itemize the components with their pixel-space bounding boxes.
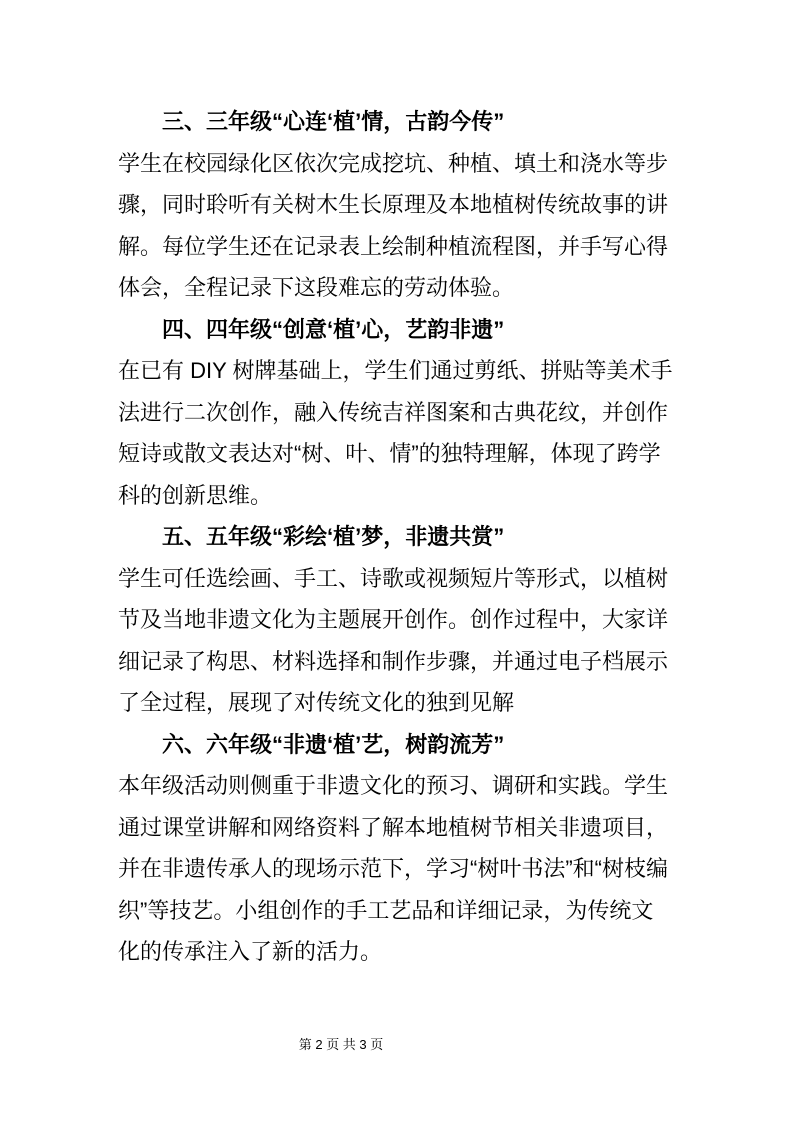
section-heading-grade4: 四、四年级“创意‘植’心，艺韵非遗”	[118, 309, 675, 351]
section-heading-grade6: 六、六年级“非遗‘植’艺，树韵流芳”	[118, 724, 675, 766]
page-number-indicator: 第 2 页 共 3 页	[299, 1037, 384, 1052]
document-content: 三、三年级“心连‘植’情，古韵今传” 学生在校园绿化区依次完成挖坑、种植、填土和…	[118, 101, 675, 973]
section-grade5: 五、五年级“彩绘‘植’梦，非遗共赏” 学生可任选绘画、手工、诗歌或视频短片等形式…	[118, 516, 675, 724]
section-paragraph-grade6: 本年级活动则侧重于非遗文化的预习、调研和实践。学生通过课堂讲解和网络资料了解本地…	[118, 765, 675, 973]
document-page: 三、三年级“心连‘植’情，古韵今传” 学生在校园绿化区依次完成挖坑、种植、填土和…	[0, 0, 793, 1122]
section-paragraph-grade5: 学生可任选绘画、手工、诗歌或视频短片等形式，以植树节及当地非遗文化为主题展开创作…	[118, 558, 675, 724]
section-heading-grade5: 五、五年级“彩绘‘植’梦，非遗共赏”	[118, 516, 675, 558]
section-grade3: 三、三年级“心连‘植’情，古韵今传” 学生在校园绿化区依次完成挖坑、种植、填土和…	[118, 101, 675, 309]
section-grade4: 四、四年级“创意‘植’心，艺韵非遗” 在已有 DIY 树牌基础上，学生们通过剪纸…	[118, 309, 675, 517]
section-paragraph-grade3: 学生在校园绿化区依次完成挖坑、种植、填土和浇水等步骤，同时聆听有关树木生长原理及…	[118, 143, 675, 309]
page-footer: 第 2 页 共 3 页	[0, 1036, 682, 1054]
section-grade6: 六、六年级“非遗‘植’艺，树韵流芳” 本年级活动则侧重于非遗文化的预习、调研和实…	[118, 724, 675, 973]
section-paragraph-grade4: 在已有 DIY 树牌基础上，学生们通过剪纸、拼贴等美术手法进行二次创作，融入传统…	[118, 350, 675, 516]
section-heading-grade3: 三、三年级“心连‘植’情，古韵今传”	[118, 101, 675, 143]
